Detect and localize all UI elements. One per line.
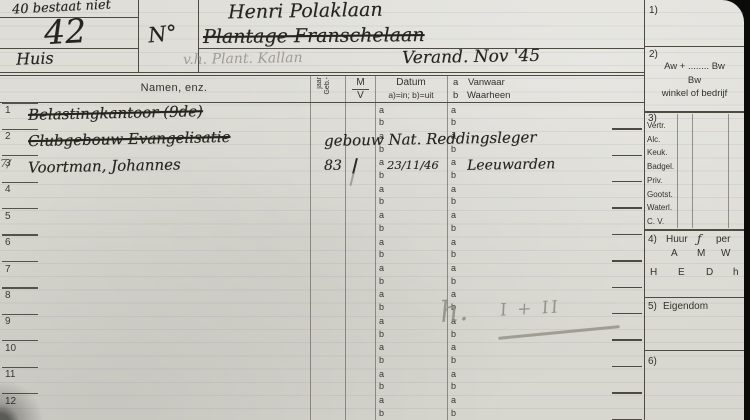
sidebar-sep-4 bbox=[645, 297, 744, 299]
row-number: 6 bbox=[5, 237, 11, 248]
sidebar-sep-1 bbox=[645, 46, 744, 48]
entry-mv-mark-pencil bbox=[349, 173, 354, 186]
sub-row-label-a-vanwaar: a bbox=[451, 263, 456, 273]
sub-row-label-b-vanwaar: b bbox=[451, 117, 456, 127]
sub-row-label-b-datum: b bbox=[379, 302, 384, 312]
sub-row-label-b-datum: b bbox=[379, 355, 384, 365]
panel3-item-keuk: Keuk. bbox=[647, 148, 667, 157]
row-number-rule bbox=[2, 393, 38, 394]
row-end-dash bbox=[612, 339, 642, 340]
sub-row-label-b-datum: b bbox=[379, 249, 384, 259]
row-number: 7 bbox=[5, 264, 11, 275]
sub-row-label-a-vanwaar: a bbox=[451, 184, 456, 194]
panel3-item-alc: Alc. bbox=[647, 135, 660, 144]
panel4-label: 4) bbox=[648, 234, 657, 245]
row-margin-note: 7/ bbox=[0, 157, 11, 170]
sub-row-label-a-vanwaar: a bbox=[451, 369, 456, 379]
row-number: 11 bbox=[5, 369, 15, 380]
sidebar-sep-5 bbox=[645, 350, 744, 352]
sub-row-label-a-datum: a bbox=[379, 369, 384, 379]
row-number: 2 bbox=[5, 131, 11, 142]
sub-row-label-a-datum: a bbox=[379, 237, 384, 247]
sub-row-label-b-datum: b bbox=[379, 381, 384, 391]
panel2-winkel: winkel of bedrijf bbox=[645, 88, 744, 99]
sub-row-label-b-vanwaar: b bbox=[451, 196, 456, 206]
row-number: 8 bbox=[5, 290, 11, 301]
sub-row-label-a-datum: a bbox=[379, 210, 384, 220]
sub-row-label-a-datum: a bbox=[379, 157, 384, 167]
row-number-rule bbox=[2, 102, 38, 103]
panel3-grid-v2 bbox=[692, 114, 693, 228]
sub-row-label-b-vanwaar: b bbox=[451, 276, 456, 286]
sub-row-label-a-vanwaar: a bbox=[451, 342, 456, 352]
panel4-letter-d: D bbox=[706, 267, 713, 278]
table-body: 1ababBelastingkantoor (9de)2ababClubgebo… bbox=[0, 0, 744, 420]
sub-row-label-a-vanwaar: a bbox=[451, 105, 456, 115]
pencil-annotation-prefix: h. bbox=[439, 293, 470, 329]
row-number-rule bbox=[2, 182, 38, 183]
pencil-annotation-romans: I + II bbox=[500, 297, 561, 320]
row-number: 5 bbox=[5, 211, 11, 222]
sub-row-label-a-datum: a bbox=[379, 105, 384, 115]
panel4-letter-h: H bbox=[650, 267, 657, 278]
sub-row-label-b-datum: b bbox=[379, 196, 384, 206]
panel5-title: Eigendom bbox=[663, 301, 708, 312]
panel6-label: 6) bbox=[648, 356, 657, 367]
panel2-bw: Bw bbox=[645, 75, 744, 86]
panel4-letter-m: M bbox=[697, 248, 705, 259]
panel4-florin: ƒ bbox=[697, 232, 701, 246]
entry-mv-mark-ink bbox=[352, 158, 358, 174]
row-end-dash bbox=[612, 128, 642, 129]
sub-row-label-b-vanwaar: b bbox=[451, 249, 456, 259]
sub-row-label-b-datum: b bbox=[379, 117, 384, 127]
entry-name: Clubgebouw Evangelisatie bbox=[28, 128, 231, 150]
row-number-rule bbox=[2, 234, 38, 235]
panel2-label: 2) bbox=[649, 49, 658, 60]
panel3-item-badgel: Badgel. bbox=[647, 162, 674, 171]
row-number: 4 bbox=[5, 184, 11, 195]
row-end-dash bbox=[612, 181, 642, 182]
sub-row-label-b-datum: b bbox=[379, 329, 384, 339]
row-number-rule bbox=[2, 261, 38, 262]
panel4-letter-a: A bbox=[671, 248, 678, 259]
panel4-letter-h2: h bbox=[733, 267, 739, 278]
sub-row-label-b-datum: b bbox=[379, 170, 384, 180]
panel4-letter-e: E bbox=[678, 267, 685, 278]
sub-row-label-a-datum: a bbox=[379, 289, 384, 299]
entry-name: Belastingkantoor (9de) bbox=[28, 102, 203, 124]
row-number-rule bbox=[2, 287, 38, 288]
row-number: 12 bbox=[5, 396, 16, 407]
panel3-item-cv: C. V. bbox=[647, 217, 664, 226]
row-number-rule bbox=[2, 367, 38, 368]
sub-row-label-a-datum: a bbox=[379, 184, 384, 194]
scanned-card-page: 40 bestaat niet 42 Huis N° Henri Polakla… bbox=[0, 0, 750, 420]
sidebar-sep-2 bbox=[645, 111, 744, 113]
sub-row-label-b-datum: b bbox=[379, 276, 384, 286]
row-number-rule bbox=[2, 208, 38, 209]
row-end-dash bbox=[612, 287, 642, 288]
panel5-label: 5) bbox=[648, 301, 657, 312]
registration-card: 40 bestaat niet 42 Huis N° Henri Polakla… bbox=[0, 0, 744, 420]
sidebar-sep-3 bbox=[645, 229, 744, 231]
panel4-letter-w: W bbox=[721, 248, 730, 259]
row-end-dash bbox=[612, 207, 642, 208]
sub-row-label-b-vanwaar: b bbox=[451, 329, 456, 339]
row-end-dash bbox=[612, 366, 642, 367]
row-number-rule bbox=[2, 129, 38, 130]
panel3-grid-v1 bbox=[677, 114, 678, 228]
sub-row-label-a-vanwaar: a bbox=[451, 157, 456, 167]
panel4-per: per bbox=[716, 234, 730, 245]
entry-name: Voortman, Johannes bbox=[28, 155, 181, 176]
panel3-item-vertr: Vertr. bbox=[647, 121, 666, 130]
row-number-rule bbox=[2, 314, 38, 315]
row-end-dash bbox=[612, 313, 642, 314]
sub-row-label-b-vanwaar: b bbox=[451, 355, 456, 365]
entry-birth-year: 83 bbox=[324, 158, 342, 174]
sub-row-label-b-datum: b bbox=[379, 223, 384, 233]
panel3-item-priv: Priv. bbox=[647, 176, 662, 185]
sub-row-label-b-vanwaar: b bbox=[451, 223, 456, 233]
sub-row-label-a-vanwaar: a bbox=[451, 237, 456, 247]
row-number: 10 bbox=[5, 343, 16, 354]
row-end-dash bbox=[612, 392, 642, 393]
row-end-dash bbox=[612, 234, 642, 235]
panel4-huur: Huur bbox=[666, 234, 688, 245]
sub-row-label-a-datum: a bbox=[379, 342, 384, 352]
panel1-label: 1) bbox=[649, 5, 658, 16]
panel3-grid-v3 bbox=[728, 114, 729, 228]
entry-origin: Leeuwarden bbox=[467, 156, 555, 174]
sub-row-label-b-vanwaar: b bbox=[451, 408, 456, 418]
sub-row-label-a-datum: a bbox=[379, 263, 384, 273]
panel3-item-gootst: Gootst. bbox=[647, 190, 673, 199]
panel2-formula: Aw + ........ Bw bbox=[645, 61, 744, 72]
entry-name-continued: gebouw Nat. Reddingsleger bbox=[324, 129, 537, 151]
row-number: 1 bbox=[5, 105, 11, 116]
sub-row-label-b-datum: b bbox=[379, 408, 384, 418]
sub-row-label-a-vanwaar: a bbox=[451, 395, 456, 405]
row-number-rule bbox=[2, 340, 38, 341]
row-end-dash bbox=[612, 260, 642, 261]
sub-row-label-b-vanwaar: b bbox=[451, 381, 456, 391]
row-number: 9 bbox=[5, 316, 11, 327]
sub-row-label-a-vanwaar: a bbox=[451, 210, 456, 220]
sub-row-label-b-vanwaar: b bbox=[451, 170, 456, 180]
panel3-item-waterl: Waterl. bbox=[647, 203, 672, 212]
entry-date-in: 23/11/46 bbox=[387, 158, 439, 172]
row-end-dash bbox=[612, 155, 642, 156]
sub-row-label-a-datum: a bbox=[379, 395, 384, 405]
sub-row-label-a-datum: a bbox=[379, 316, 384, 326]
